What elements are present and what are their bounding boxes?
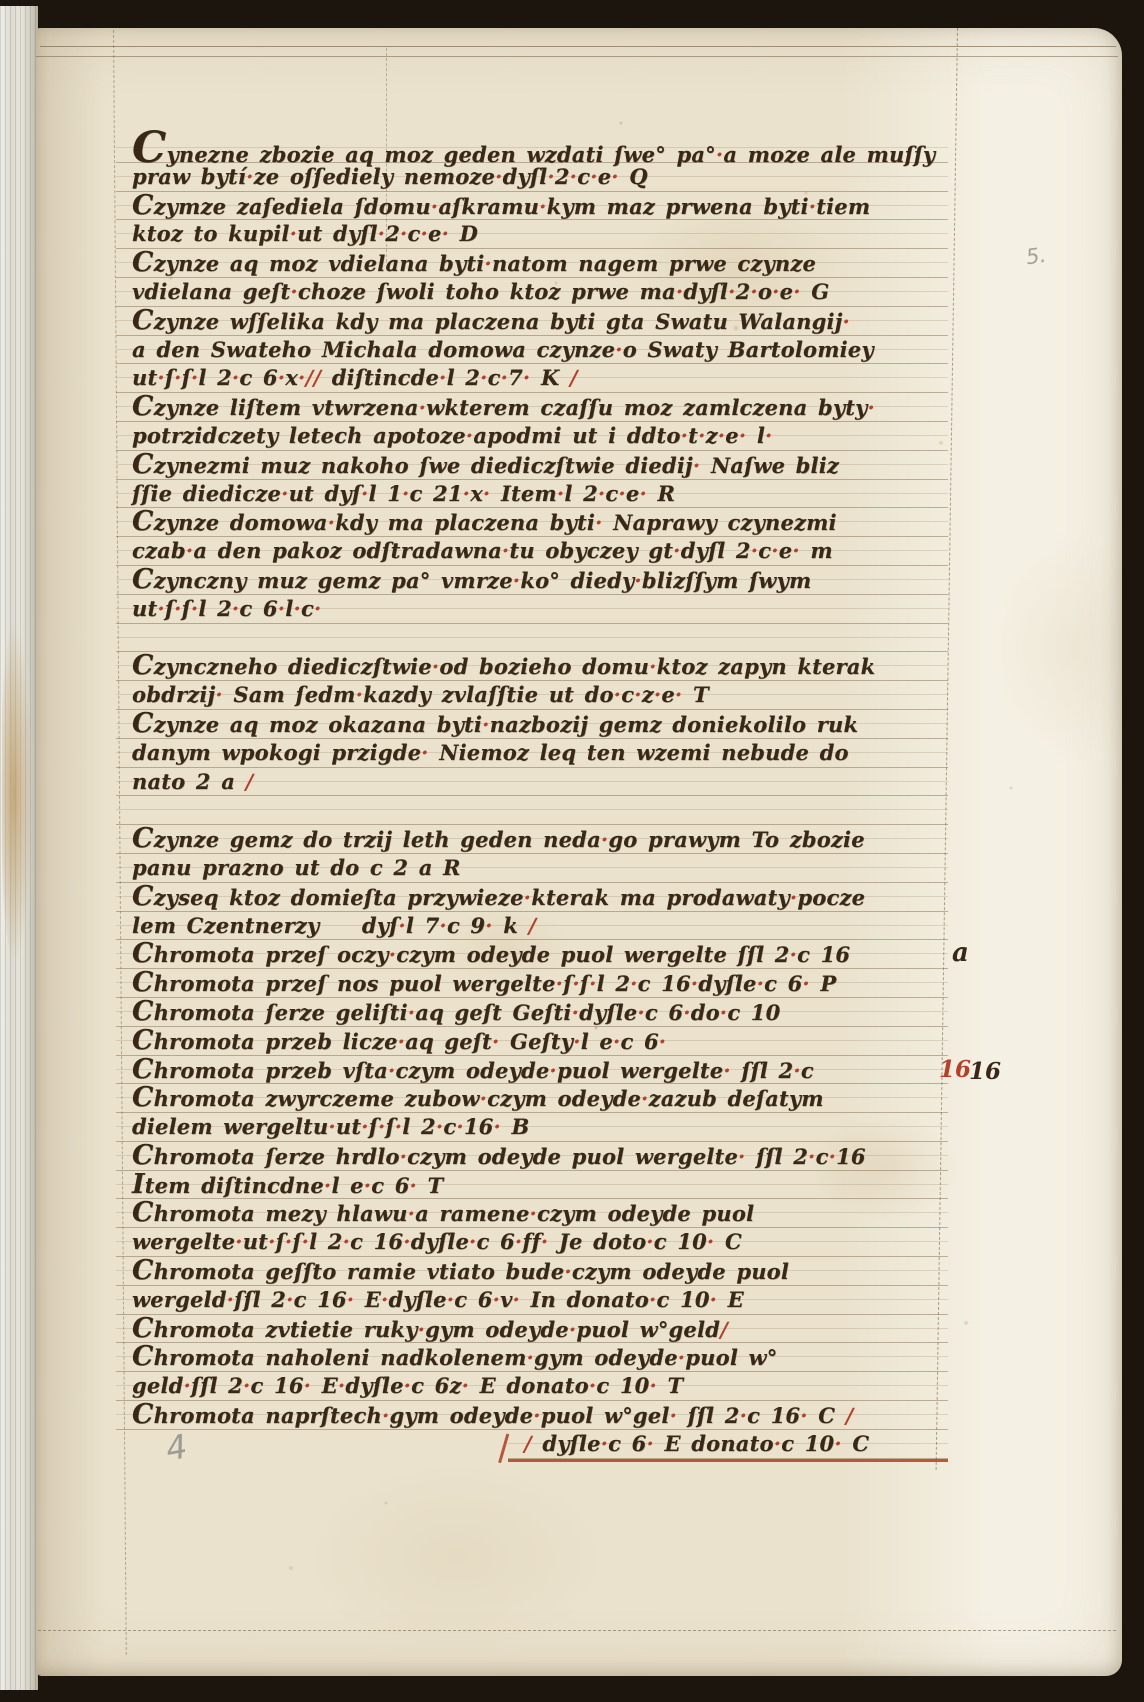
manuscript-line: lem Czentnerzy dyſ·l 7·c 9· k ∕ <box>116 912 948 941</box>
manuscript-line: Czymze zaſediela ſdomu·aſkramu·kym maz p… <box>116 192 948 221</box>
manuscript-line: Czynze domowa·kdy ma placzena byti· Napr… <box>116 508 948 537</box>
manuscript-line: Chromota geſſto ramie vtiato bude·czym o… <box>116 1257 948 1286</box>
text-block: Cynezne zbozie aq moz geden wzdati ſwe° … <box>116 134 948 1462</box>
manuscript-line: panu prazno ut do c 2 a R <box>116 854 948 883</box>
manuscript-line: Chromota przeb vſta·czym odeyde·puol wer… <box>116 1056 948 1085</box>
manuscript-line: ut·ſ·ſ·l 2·c 6·x·∕∕ diſtincde·l 2·c·7· K… <box>116 364 948 393</box>
margin-number-black: 16 <box>969 1060 1001 1083</box>
manuscript-line: vdielana geſt·choze ſwoli toho ktoz prwe… <box>116 278 948 307</box>
manuscript-line: czab·a den pakoz odſtradawna·tu obyczey … <box>116 537 948 566</box>
manuscript-line: ktoz to kupil·ut dyſl·2·c·e· D <box>116 220 948 249</box>
manuscript-line: Czynze aq moz okazana byti·nazbozij gemz… <box>116 710 948 739</box>
manuscript-line: a den Swateho Michala domowa czynze·o Sw… <box>116 336 948 365</box>
manuscript-line: Czynze aq moz vdielana byti·natom nagem … <box>116 249 948 278</box>
manuscript-line: Cynezne zbozie aq moz geden wzdati ſwe° … <box>116 134 948 163</box>
manuscript-line: Chromota ſerze hrdlo·czym odeyde puol we… <box>116 1142 948 1171</box>
top-frame-rule-lower <box>36 56 1118 57</box>
manuscript-line: ſſie diedicze·ut dyſ·l 1·c 21·x· Item·l … <box>116 480 948 509</box>
margin-number-red: 16 <box>939 1058 971 1081</box>
manuscript-line: Item diſtincdne·l e·c 6· T <box>116 1171 948 1200</box>
manuscript-line: Chromota zvtietie ruky·gym odeyde·puol w… <box>116 1315 948 1344</box>
manuscript-line: danym wpokogi przigde· Niemoz leq ten wz… <box>116 739 948 768</box>
manuscript-line: nato 2 a ∕ <box>116 768 948 797</box>
manuscript-line: Chromota mezy hlawu·a ramene·czym odeyde… <box>116 1199 948 1228</box>
manuscript-line: Chromota przeb licze·aq geſt· Geſty·l e·… <box>116 1027 948 1056</box>
manuscript-line: Czyseq ktoz domieſta przywieze·kterak ma… <box>116 883 948 912</box>
manuscript-line: geld·ſſl 2·c 16· E·dyſle·c 6z· E donato·… <box>116 1372 948 1401</box>
manuscript-line: Czynczneho diediczſtwie·od bozieho domu·… <box>116 652 948 681</box>
manuscript-line: potrzidczety letech apotoze·apodmi ut i … <box>116 422 948 451</box>
manuscript-page: Cynezne zbozie aq moz geden wzdati ſwe° … <box>36 28 1122 1676</box>
manuscript-line: Czynczny muz gemz pa° vmrze·ko° diedy·bl… <box>116 566 948 595</box>
manuscript-line <box>116 796 948 825</box>
manuscript-line: Chromota zwyrczeme zubow·czym odeyde·zaz… <box>116 1084 948 1113</box>
leaf-edge-stain <box>2 621 32 966</box>
manuscript-line <box>116 624 948 653</box>
manuscript-line: praw bytí·ze oſſediely nemoze·dyſl·2·c·e… <box>116 163 948 192</box>
margin-letter-a: a <box>952 940 969 966</box>
manuscript-line: wergeld·ſſl 2·c 16· E·dyſle·c 6·v· In do… <box>116 1286 948 1315</box>
bottom-frame-rule <box>38 1630 1116 1631</box>
manuscript-line: Czynezmi muz nakoho ſwe diediczſtwie die… <box>116 451 948 480</box>
manuscript-line: Chromota przeſ oczy·czym odeyde puol wer… <box>116 940 948 969</box>
manuscript-line: dielem wergeltu·ut·ſ·ſ·l 2·c·16· B <box>116 1113 948 1142</box>
top-frame-rule-upper <box>40 46 1116 47</box>
book-block-leaf-edges <box>0 6 38 1690</box>
manuscript-line: Chromota naprſtech·gym odeyde·puol w°gel… <box>116 1401 948 1430</box>
manuscript-line: Czynze liſtem vtwrzena·wkterem czaſſu mo… <box>116 393 948 422</box>
manuscript-line: Chromota naholeni nadkolenem·gym odeyde·… <box>116 1343 948 1372</box>
manuscript-line: Czynze gemz do trzij leth geden neda·go … <box>116 825 948 854</box>
manuscript-line: Chromota przeſ nos puol wergelte·ſ·ſ·l 2… <box>116 969 948 998</box>
manuscript-line: Czynze wſſelika kdy ma placzena byti gta… <box>116 307 948 336</box>
manuscript-line: Chromota ſerze geliſti·aq geſt Geſti·dyſ… <box>116 998 948 1027</box>
manuscript-line: ∕ dyſle·c 6· E donato·c 10· C <box>508 1430 948 1462</box>
folio-number-pencil: 5. <box>1024 243 1047 270</box>
manuscript-line: wergelte·ut·ſ·ſ·l 2·c 16·dyſle·c 6·ff· J… <box>116 1228 948 1257</box>
manuscript-line: ut·ſ·ſ·l 2·c 6·l·c· <box>116 595 948 624</box>
manuscript-line: obdrzij· Sam ſedm·kazdy zvlaſſtie ut do·… <box>116 681 948 710</box>
